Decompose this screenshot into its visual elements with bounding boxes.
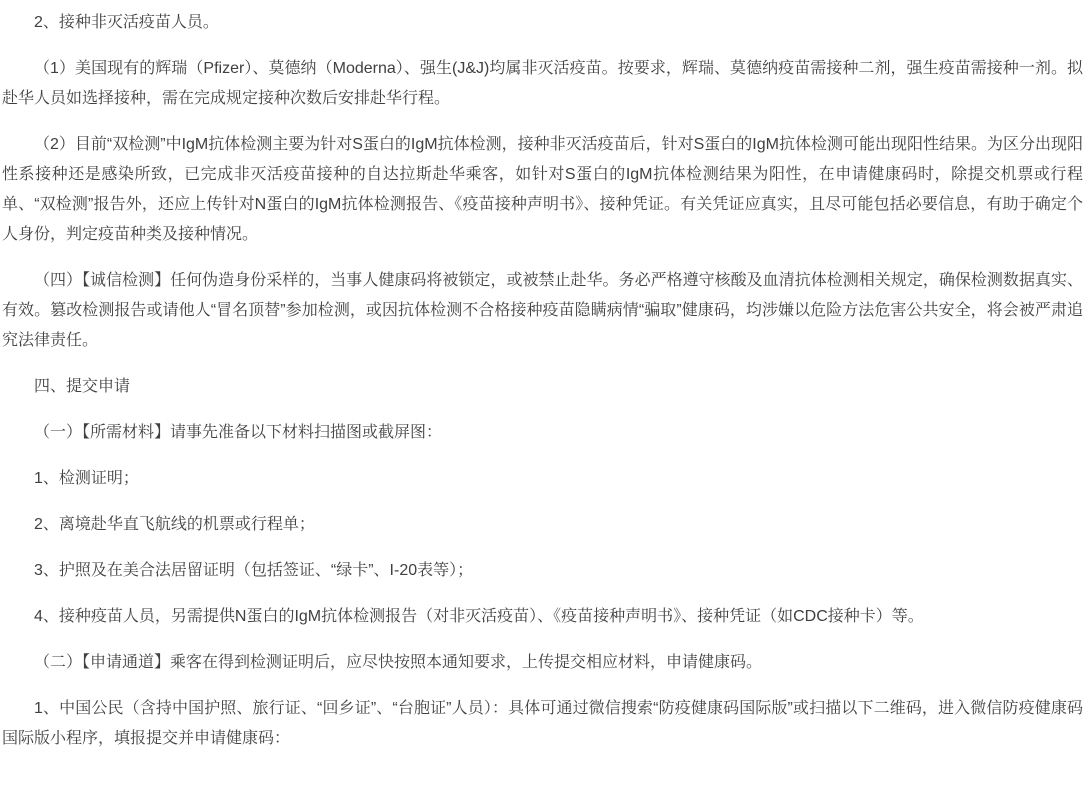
paragraph-integrity-testing: （四）【诚信检测】任何伪造身份采样的，当事人健康码将被锁定，或被禁止赴华。务必严… — [2, 266, 1083, 356]
paragraph-item-test-certificate: 1、检测证明； — [2, 464, 1083, 494]
paragraph-item-vaccinated-materials: 4、接种疫苗人员，另需提供N蛋白的IgM抗体检测报告（对非灭活疫苗）、《疫苗接种… — [2, 602, 1083, 632]
paragraph-item-ticket-itinerary: 2、离境赴华直飞航线的机票或行程单； — [2, 510, 1083, 540]
paragraph-item-passport-residence: 3、护照及在美合法居留证明（包括签证、“绿卡”、I-20表等）； — [2, 556, 1083, 586]
paragraph-non-inactivated-vaccine-heading: 2、接种非灭活疫苗人员。 — [2, 8, 1083, 38]
notice-document: 2、接种非灭活疫苗人员。 （1）美国现有的辉瑞（Pfizer）、莫德纳（Mode… — [0, 8, 1087, 780]
paragraph-us-vaccines: （1）美国现有的辉瑞（Pfizer）、莫德纳（Moderna）、强生(J&J)均… — [2, 54, 1083, 114]
paragraph-chinese-citizens-wechat: 1、中国公民（含持中国护照、旅行证、“回乡证”、“台胞证”人员）：具体可通过微信… — [2, 694, 1083, 754]
paragraph-section-submit-application: 四、提交申请 — [2, 372, 1083, 402]
paragraph-double-test-igm: （2）目前“双检测”中IgM抗体检测主要为针对S蛋白的IgM抗体检测，接种非灭活… — [2, 130, 1083, 250]
paragraph-required-materials: （一）【所需材料】请事先准备以下材料扫描图或截屏图： — [2, 418, 1083, 448]
paragraph-application-channel: （二）【申请通道】乘客在得到检测证明后，应尽快按照本通知要求，上传提交相应材料，… — [2, 648, 1083, 678]
